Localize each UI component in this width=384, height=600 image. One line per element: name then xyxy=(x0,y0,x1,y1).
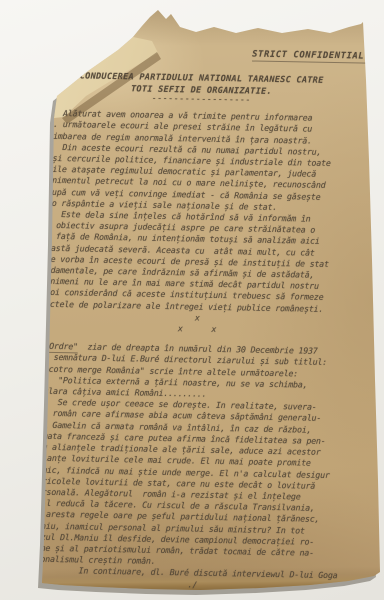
paragraph-3: Este dela sine înțeles că hotărînd să vă… xyxy=(35,209,361,316)
photo-background: STRICT CONFIDENTIAL. CONDUCEREA PARTIDUL… xyxy=(0,0,384,600)
document-title: CONDUCEREA PARTIDULUI NATIONAL TARANESC … xyxy=(39,70,364,107)
paragraph-4: "L'Ordre" ziar de dreapta în numărul din… xyxy=(34,341,359,381)
paragraph-1: Alăturat avem onoarea a vă trimite pentr… xyxy=(39,108,364,148)
paragraph-2: Din aceste ecouri rezultă că nu numai pa… xyxy=(37,141,362,214)
document-page: STRICT CONFIDENTIAL. CONDUCEREA PARTIDUL… xyxy=(0,0,384,600)
classification-stamp: STRICT CONFIDENTIAL. xyxy=(40,46,370,63)
paragraph-6: Se crede ușor ceeace se dorește. In real… xyxy=(31,397,358,571)
typewritten-text: STRICT CONFIDENTIAL. CONDUCEREA PARTIDUL… xyxy=(30,0,365,593)
classification-stamp-label: STRICT CONFIDENTIAL. xyxy=(252,50,370,64)
